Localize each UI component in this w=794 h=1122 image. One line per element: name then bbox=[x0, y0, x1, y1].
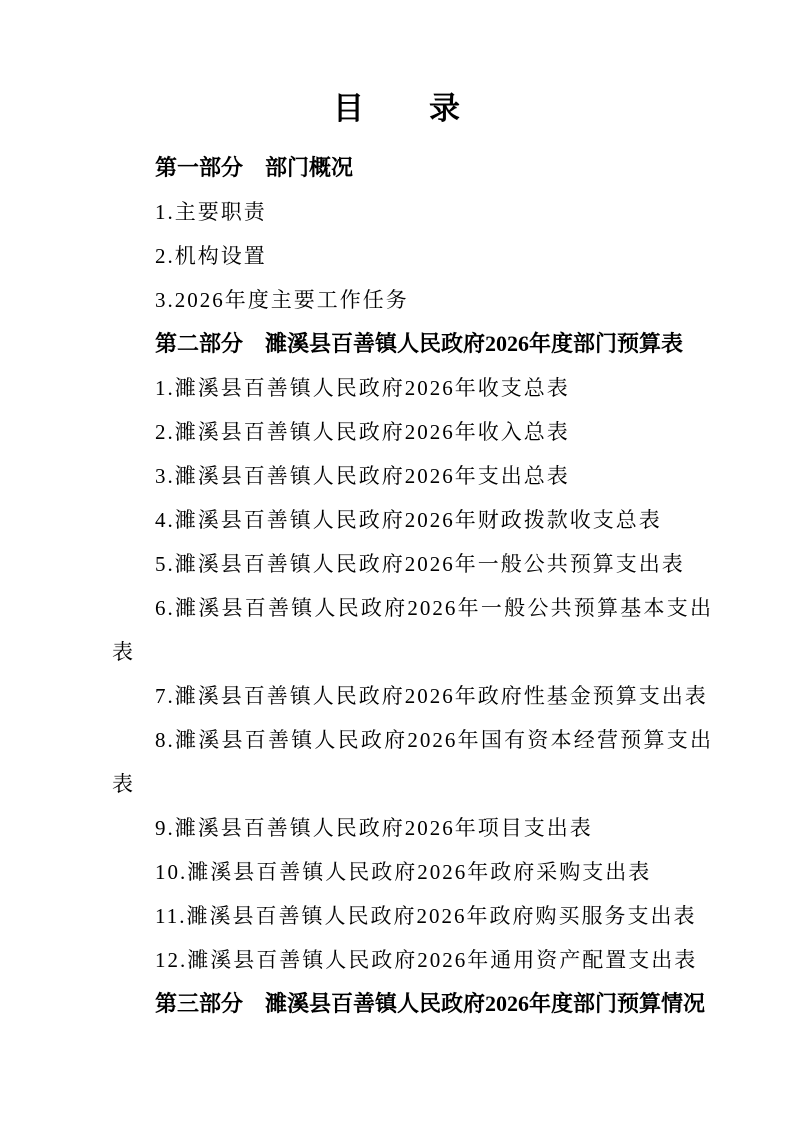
document-page: 目 录 第一部分 部门概况 1.主要职责 2.机构设置 3.2026年度主要工作… bbox=[0, 0, 794, 1122]
toc-item: 5.濉溪县百善镇人民政府2026年一般公共预算支出表 bbox=[112, 542, 713, 586]
toc-item: 3.2026年度主要工作任务 bbox=[112, 278, 713, 322]
page-title: 目 录 bbox=[0, 90, 794, 128]
toc-item: 2.机构设置 bbox=[112, 234, 713, 278]
toc-item: 4.濉溪县百善镇人民政府2026年财政拨款收支总表 bbox=[112, 498, 713, 542]
toc-section-3-heading: 第三部分 濉溪县百善镇人民政府2026年度部门预算情况 bbox=[112, 982, 713, 1026]
toc-item: 2.濉溪县百善镇人民政府2026年收入总表 bbox=[112, 410, 713, 454]
toc-item: 12.濉溪县百善镇人民政府2026年通用资产配置支出表 bbox=[112, 938, 713, 982]
toc-item: 9.濉溪县百善镇人民政府2026年项目支出表 bbox=[112, 806, 713, 850]
table-of-contents: 第一部分 部门概况 1.主要职责 2.机构设置 3.2026年度主要工作任务 第… bbox=[112, 146, 713, 1026]
toc-item: 7.濉溪县百善镇人民政府2026年政府性基金预算支出表 bbox=[112, 674, 713, 718]
toc-section-2-heading: 第二部分 濉溪县百善镇人民政府2026年度部门预算表 bbox=[112, 322, 713, 366]
toc-item: 1.主要职责 bbox=[112, 190, 713, 234]
toc-item: 6.濉溪县百善镇人民政府2026年一般公共预算基本支出表 bbox=[112, 586, 713, 674]
toc-section-1-heading: 第一部分 部门概况 bbox=[112, 146, 713, 190]
toc-item: 11.濉溪县百善镇人民政府2026年政府购买服务支出表 bbox=[112, 894, 713, 938]
toc-item: 8.濉溪县百善镇人民政府2026年国有资本经营预算支出表 bbox=[112, 718, 713, 806]
toc-item: 3.濉溪县百善镇人民政府2026年支出总表 bbox=[112, 454, 713, 498]
toc-item: 1.濉溪县百善镇人民政府2026年收支总表 bbox=[112, 366, 713, 410]
toc-item: 10.濉溪县百善镇人民政府2026年政府采购支出表 bbox=[112, 850, 713, 894]
